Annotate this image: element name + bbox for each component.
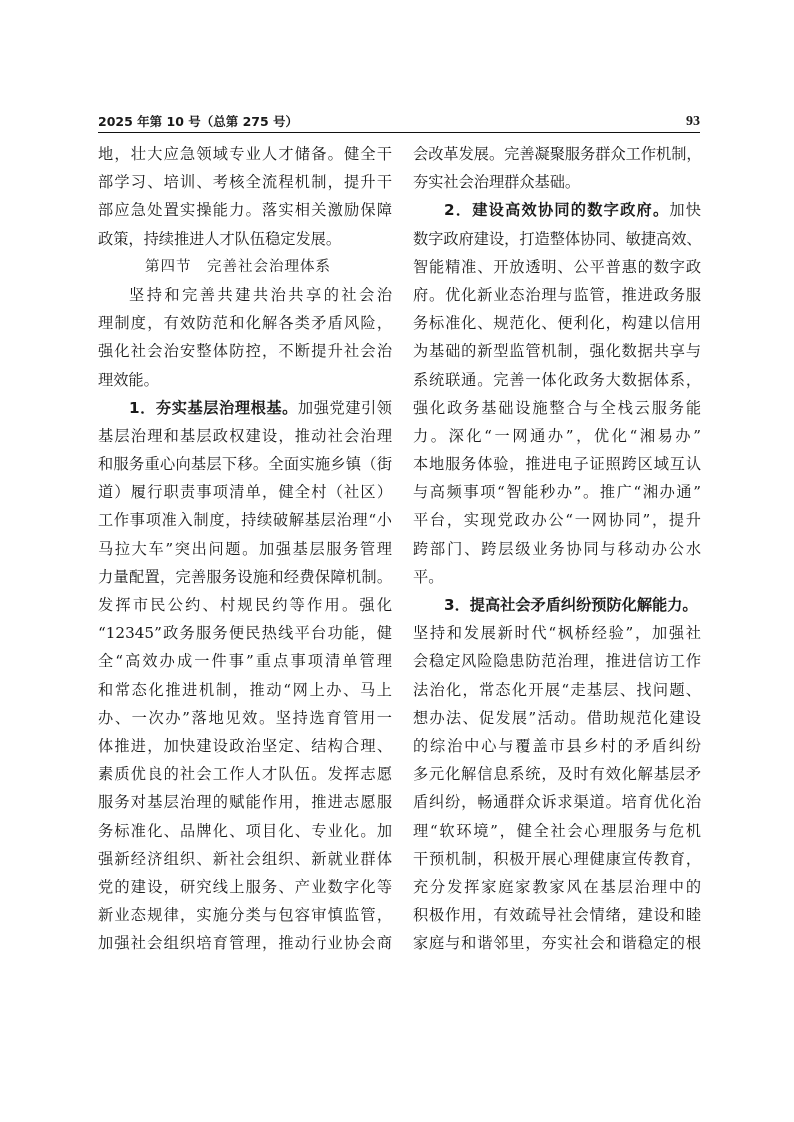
text-line: 办、一次办”落地见效。坚持选育管用一 xyxy=(98,704,392,732)
text-line: 坚持和发展新时代“枫桥经验”，加强社 xyxy=(413,619,701,647)
text-line: 新业态规律，实施分类与包容审慎监管， xyxy=(98,901,392,929)
text-line: 盾纠纷，畅通群众诉求渠道。培育优化治 xyxy=(413,788,701,816)
text-line: 服务对基层治理的赋能作用，推进志愿服 xyxy=(98,788,392,816)
text-line: 工作事项准入制度，持续破解基层治理“小 xyxy=(98,506,392,534)
text-line: 党的建设，研究线上服务、产业数字化等 xyxy=(98,873,392,901)
text-line: 体推进，加快建设政治坚定、结构合理、 xyxy=(98,732,392,760)
text-line: 发挥市民公约、村规民约等作用。强化 xyxy=(98,591,392,619)
text-line: 数字政府建设，打造整体协同、敏捷高效、 xyxy=(413,225,701,253)
text-line: 多元化解信息系统，及时有效化解基层矛 xyxy=(413,760,701,788)
text-line: 加强社会组织培育管理，推动行业协会商 xyxy=(98,929,392,957)
text-line: 力。深化“一网通办”，优化“湘易办” xyxy=(413,422,701,450)
text-line: 干预机制，积极开展心理健康宣传教育， xyxy=(413,845,701,873)
text-line: 强化社会治安整体防控，不断提升社会治 xyxy=(98,337,392,365)
text-line: 会改革发展。完善凝聚服务群众工作机制， xyxy=(413,140,701,168)
text-line: 部学习、培训、考核全流程机制，提升干 xyxy=(98,168,392,196)
text-line: 地，壮大应急领域专业人才储备。健全干 xyxy=(98,140,392,168)
text-line: 素质优良的社会工作人才队伍。发挥志愿 xyxy=(98,760,392,788)
text-line: 坚持和完善共建共治共享的社会治 xyxy=(98,281,392,309)
text-line: 夯实社会治理群众基础。 xyxy=(413,168,701,196)
right-column: 会改革发展。完善凝聚服务群众工作机制，夯实社会治理群众基础。2．建设高效协同的数… xyxy=(413,140,701,957)
text-line: 1．夯实基层治理根基。加强党建引领 xyxy=(98,394,392,422)
text-line: 强新经济组织、新社会组织、新就业群体 xyxy=(98,845,392,873)
text-line: 会稳定风险隐患防范治理，推进信访工作 xyxy=(413,647,701,675)
body-text: 加强党建引领 xyxy=(298,399,392,417)
text-line: 强化政务基础设施整合与全栈云服务能 xyxy=(413,394,701,422)
issue-label: 2025 年第 10 号（总第 275 号） xyxy=(98,113,298,131)
text-line: 的综治中心与覆盖市县乡村的矛盾纠纷 xyxy=(413,732,701,760)
text-line: 本地服务体验，推进电子证照跨区域互认 xyxy=(413,450,701,478)
text-line: 平。 xyxy=(413,563,701,591)
text-line: 理制度，有效防范和化解各类矛盾风险， xyxy=(98,309,392,337)
text-line: 想办法、促发展”活动。借助规范化建设 xyxy=(413,704,701,732)
text-line: 法治化，常态化开展“走基层、找问题、 xyxy=(413,676,701,704)
text-line: 智能精准、开放透明、公平普惠的数字政 xyxy=(413,253,701,281)
text-line: 和常态化推进机制，推动“网上办、马上 xyxy=(98,676,392,704)
text-line: 基层治理和基层政权建设，推动社会治理 xyxy=(98,422,392,450)
page-number: 93 xyxy=(686,113,700,131)
text-line: 系统联通。完善一体化政务大数据体系， xyxy=(413,366,701,394)
text-line: 务标准化、品牌化、项目化、专业化。加 xyxy=(98,817,392,845)
text-line: 2．建设高效协同的数字政府。加快 xyxy=(413,196,701,224)
body-text: 加快 xyxy=(669,201,701,219)
text-line: 务标准化、规范化、便利化，构建以信用 xyxy=(413,309,701,337)
text-line: 全“高效办成一件事”重点事项清单管理 xyxy=(98,647,392,675)
text-line: 平台，实现党政办公“一网协同”，提升 xyxy=(413,506,701,534)
subsection-title: 2．建设高效协同的数字政府。 xyxy=(444,201,669,219)
subsection-title: 1．夯实基层治理根基。 xyxy=(129,399,298,417)
text-line: 3．提高社会矛盾纠纷预防化解能力。 xyxy=(413,591,701,619)
left-column: 地，壮大应急领域专业人才储备。健全干部学习、培训、考核全流程机制，提升干部应急处… xyxy=(98,140,392,957)
text-line: 积极作用，有效疏导社会情绪，建设和睦 xyxy=(413,901,701,929)
text-line: 理“软环境”，健全社会心理服务与危机 xyxy=(413,817,701,845)
text-line: 跨部门、跨层级业务协同与移动办公水 xyxy=(413,535,701,563)
text-line: 充分发挥家庭家教家风在基层治理中的 xyxy=(413,873,701,901)
text-line: 和服务重心向基层下移。全面实施乡镇（街 xyxy=(98,450,392,478)
text-line: 道）履行职责事项清单，健全村（社区） xyxy=(98,478,392,506)
text-line: 为基础的新型监管机制，强化数据共享与 xyxy=(413,337,701,365)
text-line: 政策，持续推进人才队伍稳定发展。 xyxy=(98,225,392,253)
text-line: “12345”政务服务便民热线平台功能，健 xyxy=(98,619,392,647)
subsection-title: 3．提高社会矛盾纠纷预防化解能力。 xyxy=(444,596,698,614)
text-line: 家庭与和谐邻里，夯实社会和谐稳定的根 xyxy=(413,929,701,957)
text-line: 府。优化新业态治理与监管，推进政务服 xyxy=(413,281,701,309)
text-line: 与高频事项“智能秒办”。推广“湘办通” xyxy=(413,478,701,506)
section-heading: 第四节 完善社会治理体系 xyxy=(98,253,392,281)
text-line: 理效能。 xyxy=(98,366,392,394)
text-line: 马拉大车”突出问题。加强基层服务管理 xyxy=(98,535,392,563)
text-line: 部应急处置实操能力。落实相关激励保障 xyxy=(98,196,392,224)
running-header: 2025 年第 10 号（总第 275 号） 93 xyxy=(98,113,700,133)
text-line: 力量配置，完善服务设施和经费保障机制。 xyxy=(98,563,392,591)
